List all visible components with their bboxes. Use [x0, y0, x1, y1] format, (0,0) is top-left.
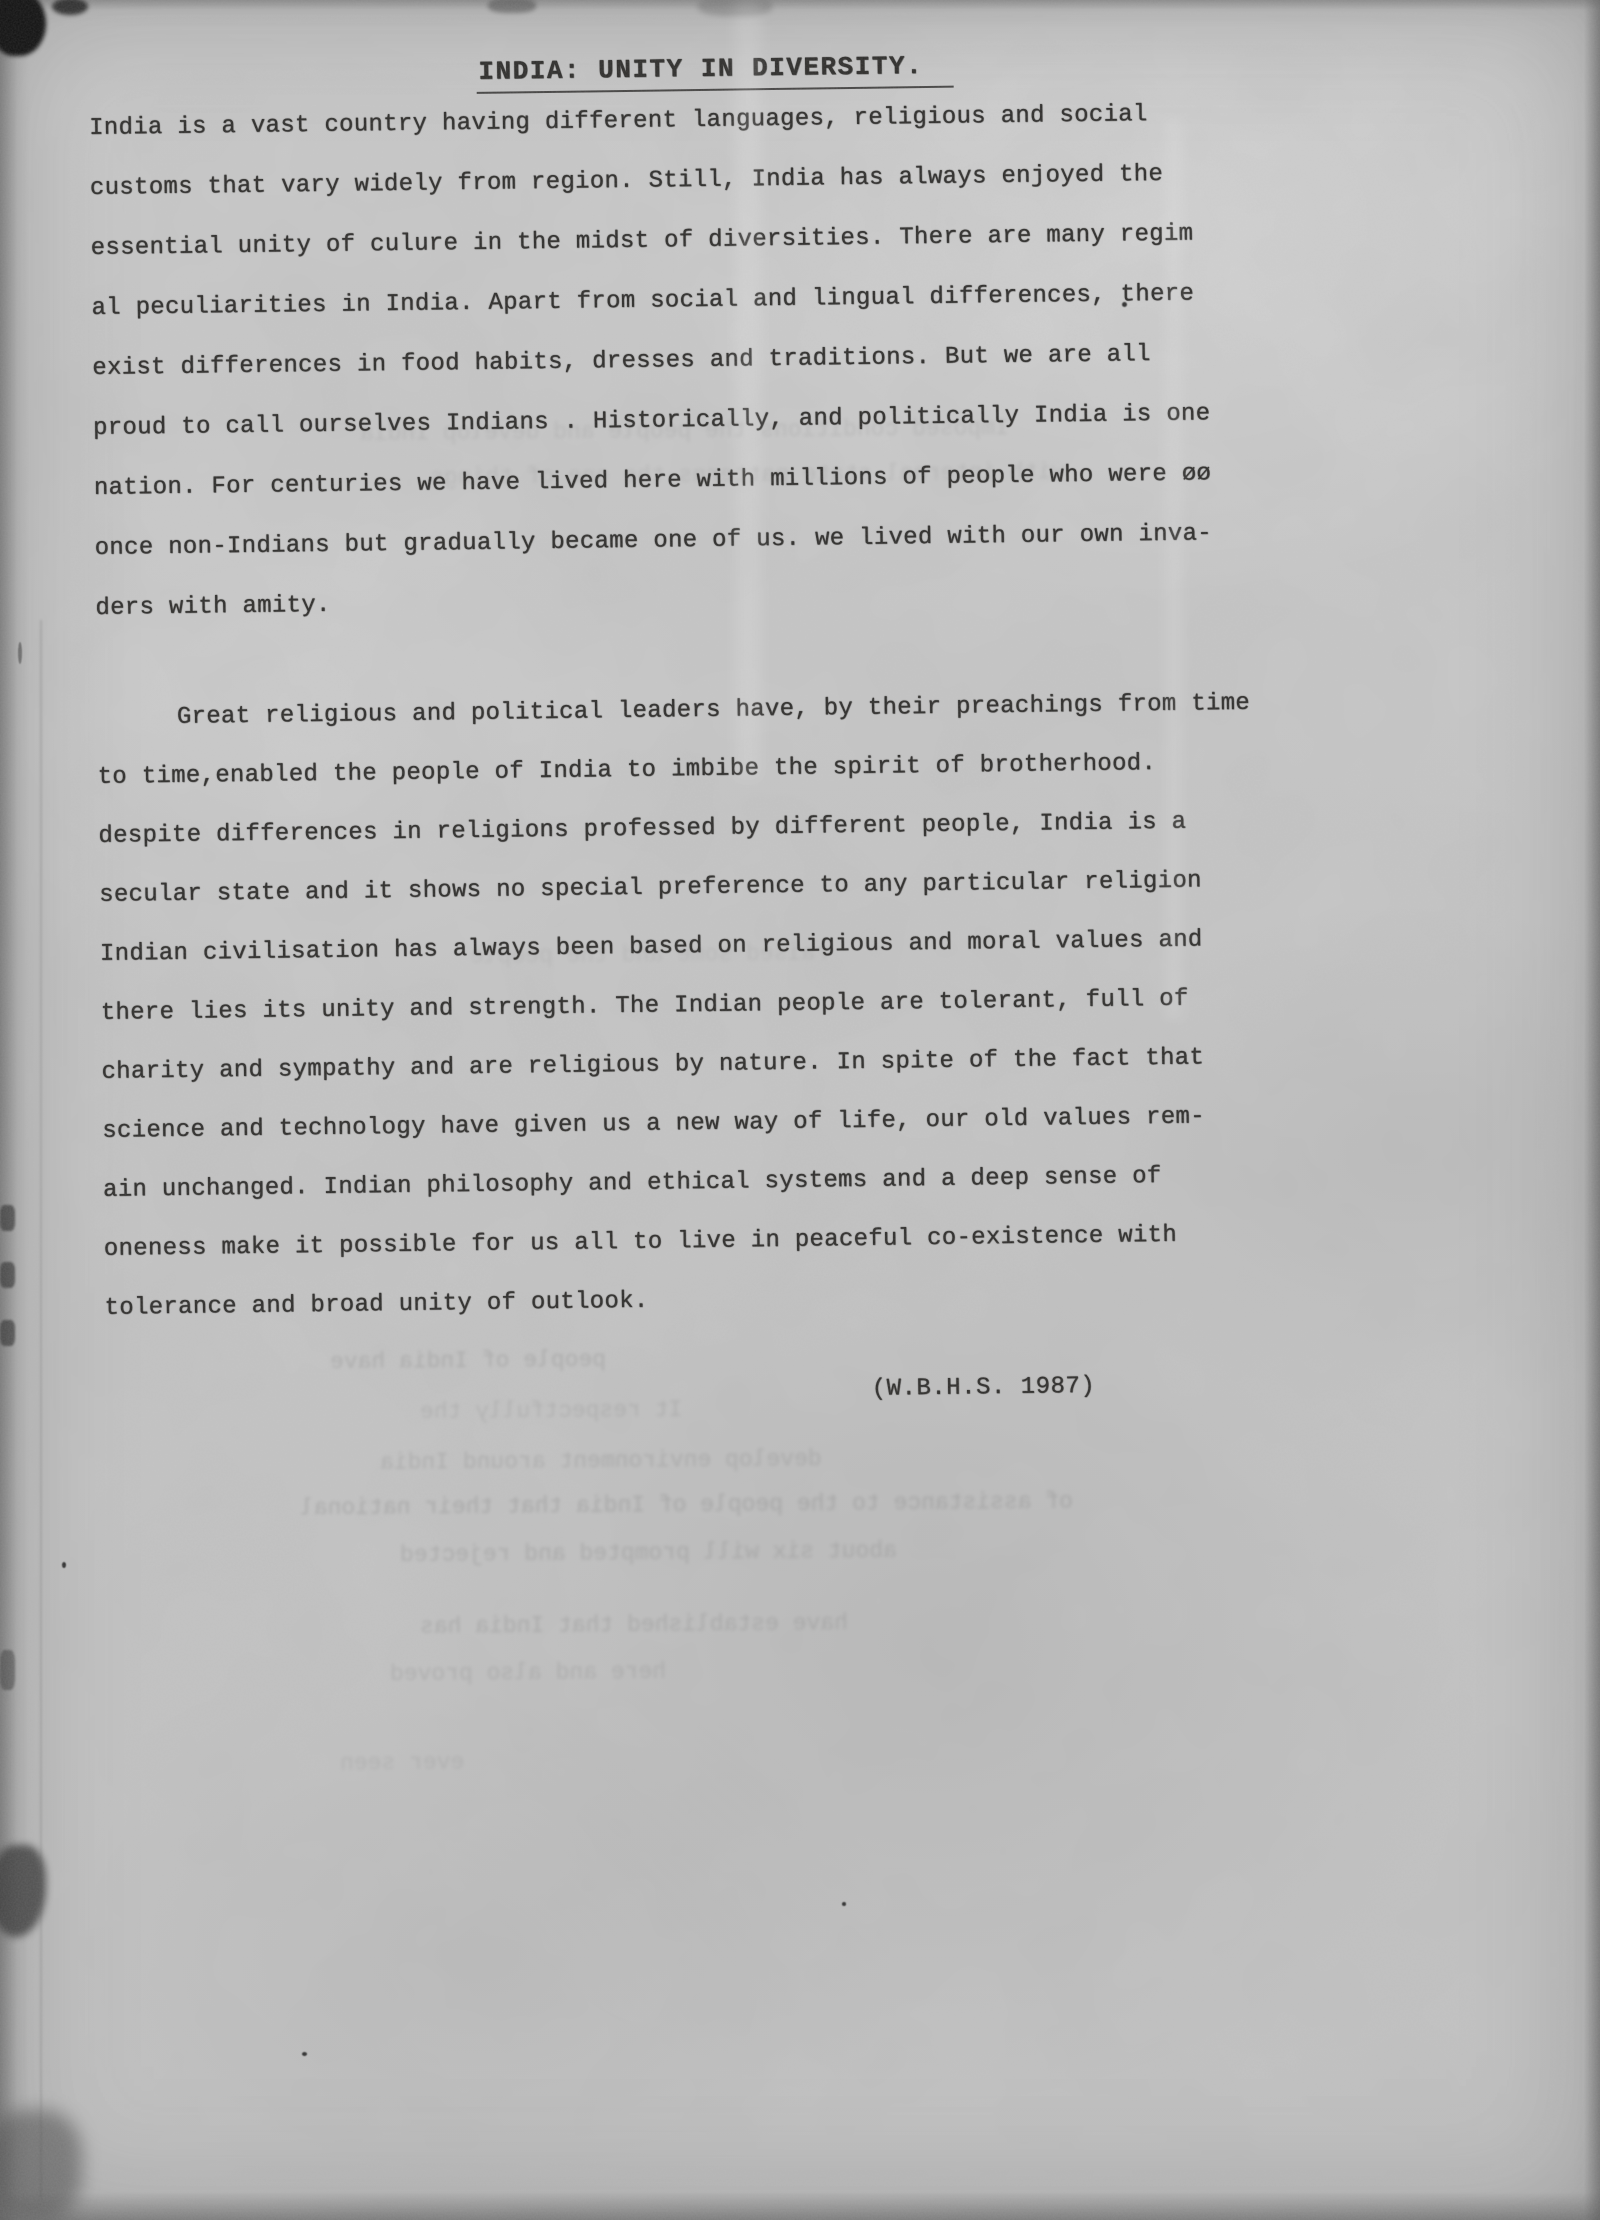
- ghost-bleed-line: here and also proved: [390, 1659, 666, 1687]
- ghost-bleed-line: develop environment around India: [380, 1446, 822, 1476]
- edge-mark: [0, 1650, 15, 1690]
- ghost-bleed-line: of assistance to the people of India tha…: [300, 1489, 1073, 1522]
- edge-mark: [0, 1320, 15, 1346]
- edge-mark: [0, 1262, 15, 1288]
- edge-mark: [0, 1205, 15, 1231]
- edge-pencil-mark: [18, 642, 22, 664]
- paragraph-1: India is a vast country having different…: [89, 101, 1181, 655]
- scan-edge-shadow-bottom: [0, 2192, 1600, 2220]
- paper-crease: [40, 620, 42, 2200]
- ghost-bleed-line: about six will prompted and rejected: [400, 1538, 897, 1568]
- scan-edge-shadow-right: [1584, 0, 1600, 2220]
- scan-light-streak-2: [1165, 120, 1183, 1020]
- ghost-bleed-line: ever seen: [340, 1749, 464, 1776]
- dust-speck: [842, 1902, 846, 1906]
- smudge-bottom-corner: [0, 2110, 82, 2220]
- ink-blotch-top-left: [0, 0, 46, 56]
- scan-light-streak: [735, 0, 761, 780]
- attribution-line: (W.B.H.S. 1987): [872, 1372, 1191, 1403]
- scanned-page: Imposed conditions the people and develo…: [0, 0, 1600, 2220]
- typed-line: ders with amity.: [95, 581, 1181, 655]
- smudge-top-edge: [488, 0, 536, 13]
- dust-speck: [62, 1562, 66, 1568]
- typed-document: INDIA: UNITY IN DIVERSITY. India is a va…: [88, 26, 1191, 1413]
- scan-edge-shadow-top: [0, 0, 1600, 10]
- ghost-bleed-line: have established that India has: [420, 1610, 848, 1640]
- ink-blotch-top-left-2: [52, 0, 88, 15]
- paragraph-2: Great religious and political leaders ha…: [97, 691, 1190, 1354]
- dust-speck: [302, 2052, 307, 2056]
- dust-speck: [1122, 302, 1127, 307]
- document-title: INDIA: UNITY IN DIVERSITY.: [476, 51, 953, 94]
